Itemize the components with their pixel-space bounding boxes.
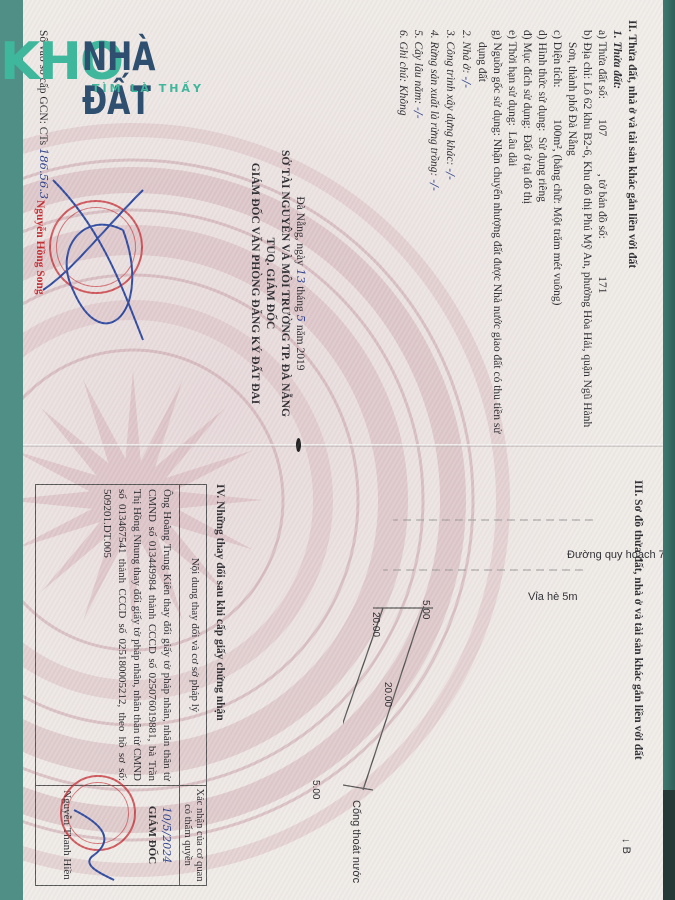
parcel-sketch: [343, 480, 623, 900]
address-value-cont: Sơn, thành phố Đà Nẵng: [564, 20, 579, 434]
map-sheet-number: 171: [596, 276, 608, 293]
back-width-label: 5.00: [308, 780, 323, 799]
paper-fold-line: [23, 444, 663, 447]
address-row: b) Địa chỉ: Lô 62 khu B2-6, Khu đô thị P…: [579, 20, 594, 434]
confirm-stamp-icon: [60, 775, 136, 851]
confirm-signer: Nguyễn Thanh Hiền: [59, 785, 74, 885]
perennial-trees-row: 5. Cây lâu năm: -/-: [410, 20, 426, 434]
brand-watermark-logo: KHO NHÀ ĐẤT TÌM LÀ THẤY: [0, 34, 210, 104]
planted-forest-row: 4. Rừng sản xuất là rừng trồng: -/-: [426, 20, 442, 434]
section2-title: II. Thửa đất, nhà ở và tài sản khác gắn …: [624, 20, 639, 434]
year-label: năm: [294, 325, 306, 345]
notes-value: Không: [397, 85, 409, 116]
column-header-confirm: Xác nhận của cơ quan có thẩm quyền: [181, 785, 205, 885]
origin-value-cont: dụng đất: [474, 20, 489, 434]
perennial-trees-value: -/-: [412, 107, 426, 119]
section4-title: IV. Những thay đổi sau khi cấp giấy chứn…: [212, 484, 227, 721]
issue-year: 2019: [294, 348, 306, 371]
table-header-divider: [179, 485, 180, 885]
north-arrow-icon: ↓: [620, 838, 632, 844]
house-row: 2. Nhà ở: -/-: [458, 20, 474, 434]
address-value: Lô 62 khu B2-6, Khu đô thị Phú Mỹ An, ph…: [581, 82, 593, 427]
other-construction-value: -/-: [444, 168, 458, 180]
purpose-row: đ) Mục đích sử dụng: Đất ở tại đô thị: [519, 20, 534, 434]
paper-tear: [296, 438, 301, 452]
confirmation-cell: 10/5/2024 GIÁM ĐỐC Nguyễn Thanh Hiền: [59, 785, 174, 885]
section3-title: III. Sơ đồ thửa đất, nhà ở và tài sản kh…: [630, 480, 645, 760]
use-form-row: d) Hình thức sử dụng: Sử dụng riêng: [534, 20, 549, 434]
use-form-label: d) Hình thức sử dụng:: [536, 30, 548, 131]
planted-forest-value: -/-: [428, 179, 442, 191]
bottom-length-label: 20.00: [380, 682, 395, 707]
date-prefix: Đà Nẵng, ngày: [294, 196, 306, 265]
top-length-label: 20.00: [368, 612, 383, 637]
use-form-value: Sử dụng riêng: [536, 137, 548, 202]
issuing-agency: SỞ TÀI NGUYÊN VÀ MÔI TRƯỜNG TP. ĐÀ NẴNG: [277, 150, 292, 417]
issue-day: 13: [294, 269, 308, 284]
month-label: tháng: [294, 286, 306, 312]
perennial-trees-label: 5. Cây lâu năm:: [412, 30, 424, 104]
table-divider: [36, 785, 206, 786]
north-arrow: ↓ B: [618, 838, 633, 854]
parcel-row: a) Thửa đất số: 107 , tờ bản đồ số: 171: [594, 20, 609, 434]
registry-number: 186.56.3: [37, 148, 51, 199]
notes-row: 6. Ghi chú: Không: [395, 20, 410, 434]
other-construction-row: 3. Công trình xây dựng khác: -/-: [442, 20, 458, 434]
parcel-label: a) Thửa đất số:: [596, 30, 608, 99]
signature-icon: [33, 170, 163, 370]
confirm-header-line1: Xác nhận của cơ quan: [193, 785, 205, 885]
issue-month: 5: [294, 315, 308, 322]
bronze-drum-watermark-icon: [23, 120, 513, 880]
notes-label: 6. Ghi chú:: [397, 30, 409, 82]
road-label: Đường quy hoạch 7.5m: [567, 548, 663, 563]
brand-nha-dat: NHÀ ĐẤT: [82, 36, 210, 124]
north-label: B: [620, 847, 632, 854]
certificate-rotated-view: II. Thửa đất, nhà ở và tài sản khác gắn …: [0, 0, 675, 900]
house-value: -/-: [460, 76, 474, 88]
changes-table: Nội dung thay đổi và cơ sở pháp lý Xác n…: [35, 484, 207, 886]
planted-forest-label: 4. Rừng sản xuất là rừng trồng:: [428, 30, 440, 176]
signer-name: Nguyễn Hồng Song: [32, 200, 47, 295]
area-label: c) Diện tích:: [551, 30, 563, 87]
term-value: Lâu dài: [506, 132, 518, 167]
confirm-header-line2: có thẩm quyền: [181, 785, 193, 885]
brand-tagline: TÌM LÀ THẤY: [92, 82, 204, 95]
purpose-label: đ) Mục đích sử dụng:: [521, 30, 533, 129]
parcel-number: 107: [596, 119, 608, 136]
origin-label: g) Nguồn gốc sử dụng:: [491, 30, 503, 136]
map-sheet-label: , tờ bản đồ số:: [596, 174, 608, 239]
other-construction-label: 3. Công trình xây dựng khác:: [444, 30, 456, 165]
land-heading: 1. Thửa đất:: [609, 20, 624, 434]
office-title: GIÁM ĐỐC VĂN PHÒNG ĐĂNG KÝ ĐẤT ĐAI: [247, 150, 262, 417]
area-row: c) Diện tích: 100m², (bằng chữ: Một trăm…: [549, 20, 564, 434]
confirm-signature-icon: [64, 805, 134, 885]
confirm-title: GIÁM ĐỐC: [144, 785, 159, 885]
front-width-label: 5.00: [418, 600, 433, 619]
issuance-block: Đà Nẵng, ngày 13 tháng 5 năm 2019 SỞ TÀI…: [247, 150, 308, 417]
change-entry-text: Ông Hoàng Trung Kiên thay đổi giấy tờ ph…: [99, 489, 174, 781]
house-label: 2. Nhà ở:: [460, 30, 472, 74]
section-land-info: II. Thửa đất, nhà ở và tài sản khác gắn …: [395, 20, 639, 434]
certificate-page: II. Thửa đất, nhà ở và tài sản khác gắn …: [23, 0, 663, 900]
official-stamp-icon: [49, 200, 143, 294]
purpose-value: Đất ở tại đô thị: [521, 135, 533, 204]
issuance-date: Đà Nẵng, ngày 13 tháng 5 năm 2019: [292, 150, 308, 417]
sidewalk-label: Vỉa hè 5m: [528, 590, 578, 605]
address-label: b) Địa chỉ:: [581, 30, 593, 79]
term-label: e) Thời hạn sử dụng:: [506, 30, 518, 126]
column-header-content: Nội dung thay đổi và cơ sở pháp lý: [189, 485, 201, 785]
confirm-date: 10/5/2024: [159, 785, 174, 885]
term-row: e) Thời hạn sử dụng: Lâu dài: [504, 20, 519, 434]
origin-row: g) Nguồn gốc sử dụng: Nhận chuyển nhượng…: [489, 20, 504, 434]
area-value: 100m², (bằng chữ: Một trăm mét vuông): [551, 119, 563, 305]
origin-value: Nhận chuyển nhượng đất được Nhà nước gia…: [491, 139, 503, 434]
on-behalf-label: TUQ. GIÁM ĐỐC: [262, 150, 277, 417]
drain-label: Cống thoát nước: [348, 800, 363, 883]
